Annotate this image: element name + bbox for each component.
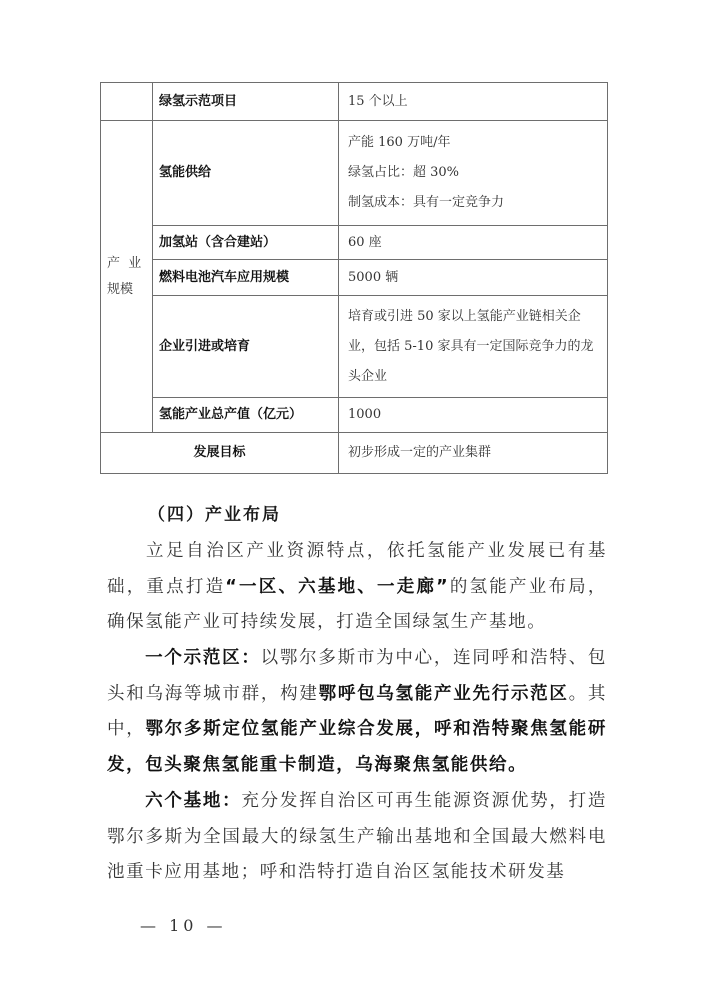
row-category: 氢能供给 (153, 121, 339, 226)
row-category: 绿氢示范项目 (153, 83, 339, 121)
group-cell-continued (101, 83, 153, 121)
row-category: 氢能产业总产值（亿元） (153, 398, 339, 433)
row-category: 燃料电池汽车应用规模 (153, 260, 339, 296)
goal-label: 发展目标 (101, 433, 339, 474)
section-heading: （四）产业布局 (148, 500, 281, 525)
group-label-line: 规模 (107, 277, 148, 303)
value-line: 制氢成本：具有一定竞争力 (348, 188, 607, 218)
value-line: 绿氢占比：超 30% (348, 158, 607, 188)
row-value: 60 座 (339, 226, 608, 260)
goal-value: 初步形成一定的产业集群 (339, 433, 608, 474)
paragraph-bold-text: 鄂呼包乌氢能产业先行示范区 (319, 684, 569, 704)
table-row: 燃料电池汽车应用规模 5000 辆 (101, 260, 608, 296)
row-value: 产能 160 万吨/年 绿氢占比：超 30% 制氢成本：具有一定竞争力 (339, 121, 608, 226)
targets-table: 绿氢示范项目 15 个以上 产 业 规模 氢能供给 产能 160 万吨/年 绿氢… (100, 82, 608, 474)
paragraph-demo-zone: 一个示范区：以鄂尔多斯市为中心，连同呼和浩特、包头和乌海等城市群，构建鄂呼包乌氢… (107, 641, 607, 783)
row-value: 15 个以上 (339, 83, 608, 121)
table-row-goal: 发展目标 初步形成一定的产业集群 (101, 433, 608, 474)
row-value: 5000 辆 (339, 260, 608, 296)
paragraph-lead: 一个示范区： (145, 648, 261, 668)
row-value: 1000 (339, 398, 608, 433)
table-row: 氢能产业总产值（亿元） 1000 (101, 398, 608, 433)
document-page: 绿氢示范项目 15 个以上 产 业 规模 氢能供给 产能 160 万吨/年 绿氢… (0, 0, 707, 1000)
page-number: — 10 — (140, 916, 227, 935)
paragraph-six-bases: 六个基地：充分发挥自治区可再生能源资源优势，打造鄂尔多斯为全国最大的绿氢生产输出… (107, 784, 607, 891)
value-line: 业，包括 5-10 家具有一定国际竞争力的龙 (348, 332, 607, 362)
table-row: 产 业 规模 氢能供给 产能 160 万吨/年 绿氢占比：超 30% 制氢成本：… (101, 121, 608, 226)
paragraph-bold-text: 鄂尔多斯定位氢能产业综合发展，呼和浩特聚焦氢能研发，包头聚焦氢能重卡制造，乌海聚… (107, 719, 607, 775)
value-line: 产能 160 万吨/年 (348, 128, 607, 158)
value-line: 培育或引进 50 家以上氢能产业链相关企 (348, 302, 607, 332)
row-category: 加氢站（含合建站） (153, 226, 339, 260)
row-category: 企业引进或培育 (153, 296, 339, 398)
group-label-cell: 产 业 规模 (101, 121, 153, 433)
paragraph-lead: 六个基地： (145, 791, 241, 811)
paragraph-layout-intro: 立足自治区产业资源特点，依托氢能产业发展已有基础，重点打造“一区、六基地、一走廊… (107, 534, 607, 641)
table-row: 企业引进或培育 培育或引进 50 家以上氢能产业链相关企 业，包括 5-10 家… (101, 296, 608, 398)
value-line: 头企业 (348, 362, 607, 392)
row-value: 培育或引进 50 家以上氢能产业链相关企 业，包括 5-10 家具有一定国际竞争… (339, 296, 608, 398)
group-label-line: 产 业 (107, 251, 148, 277)
table-row: 绿氢示范项目 15 个以上 (101, 83, 608, 121)
paragraph-bold-text: “一区、六基地、一走廊” (225, 577, 449, 597)
table-row: 加氢站（含合建站） 60 座 (101, 226, 608, 260)
